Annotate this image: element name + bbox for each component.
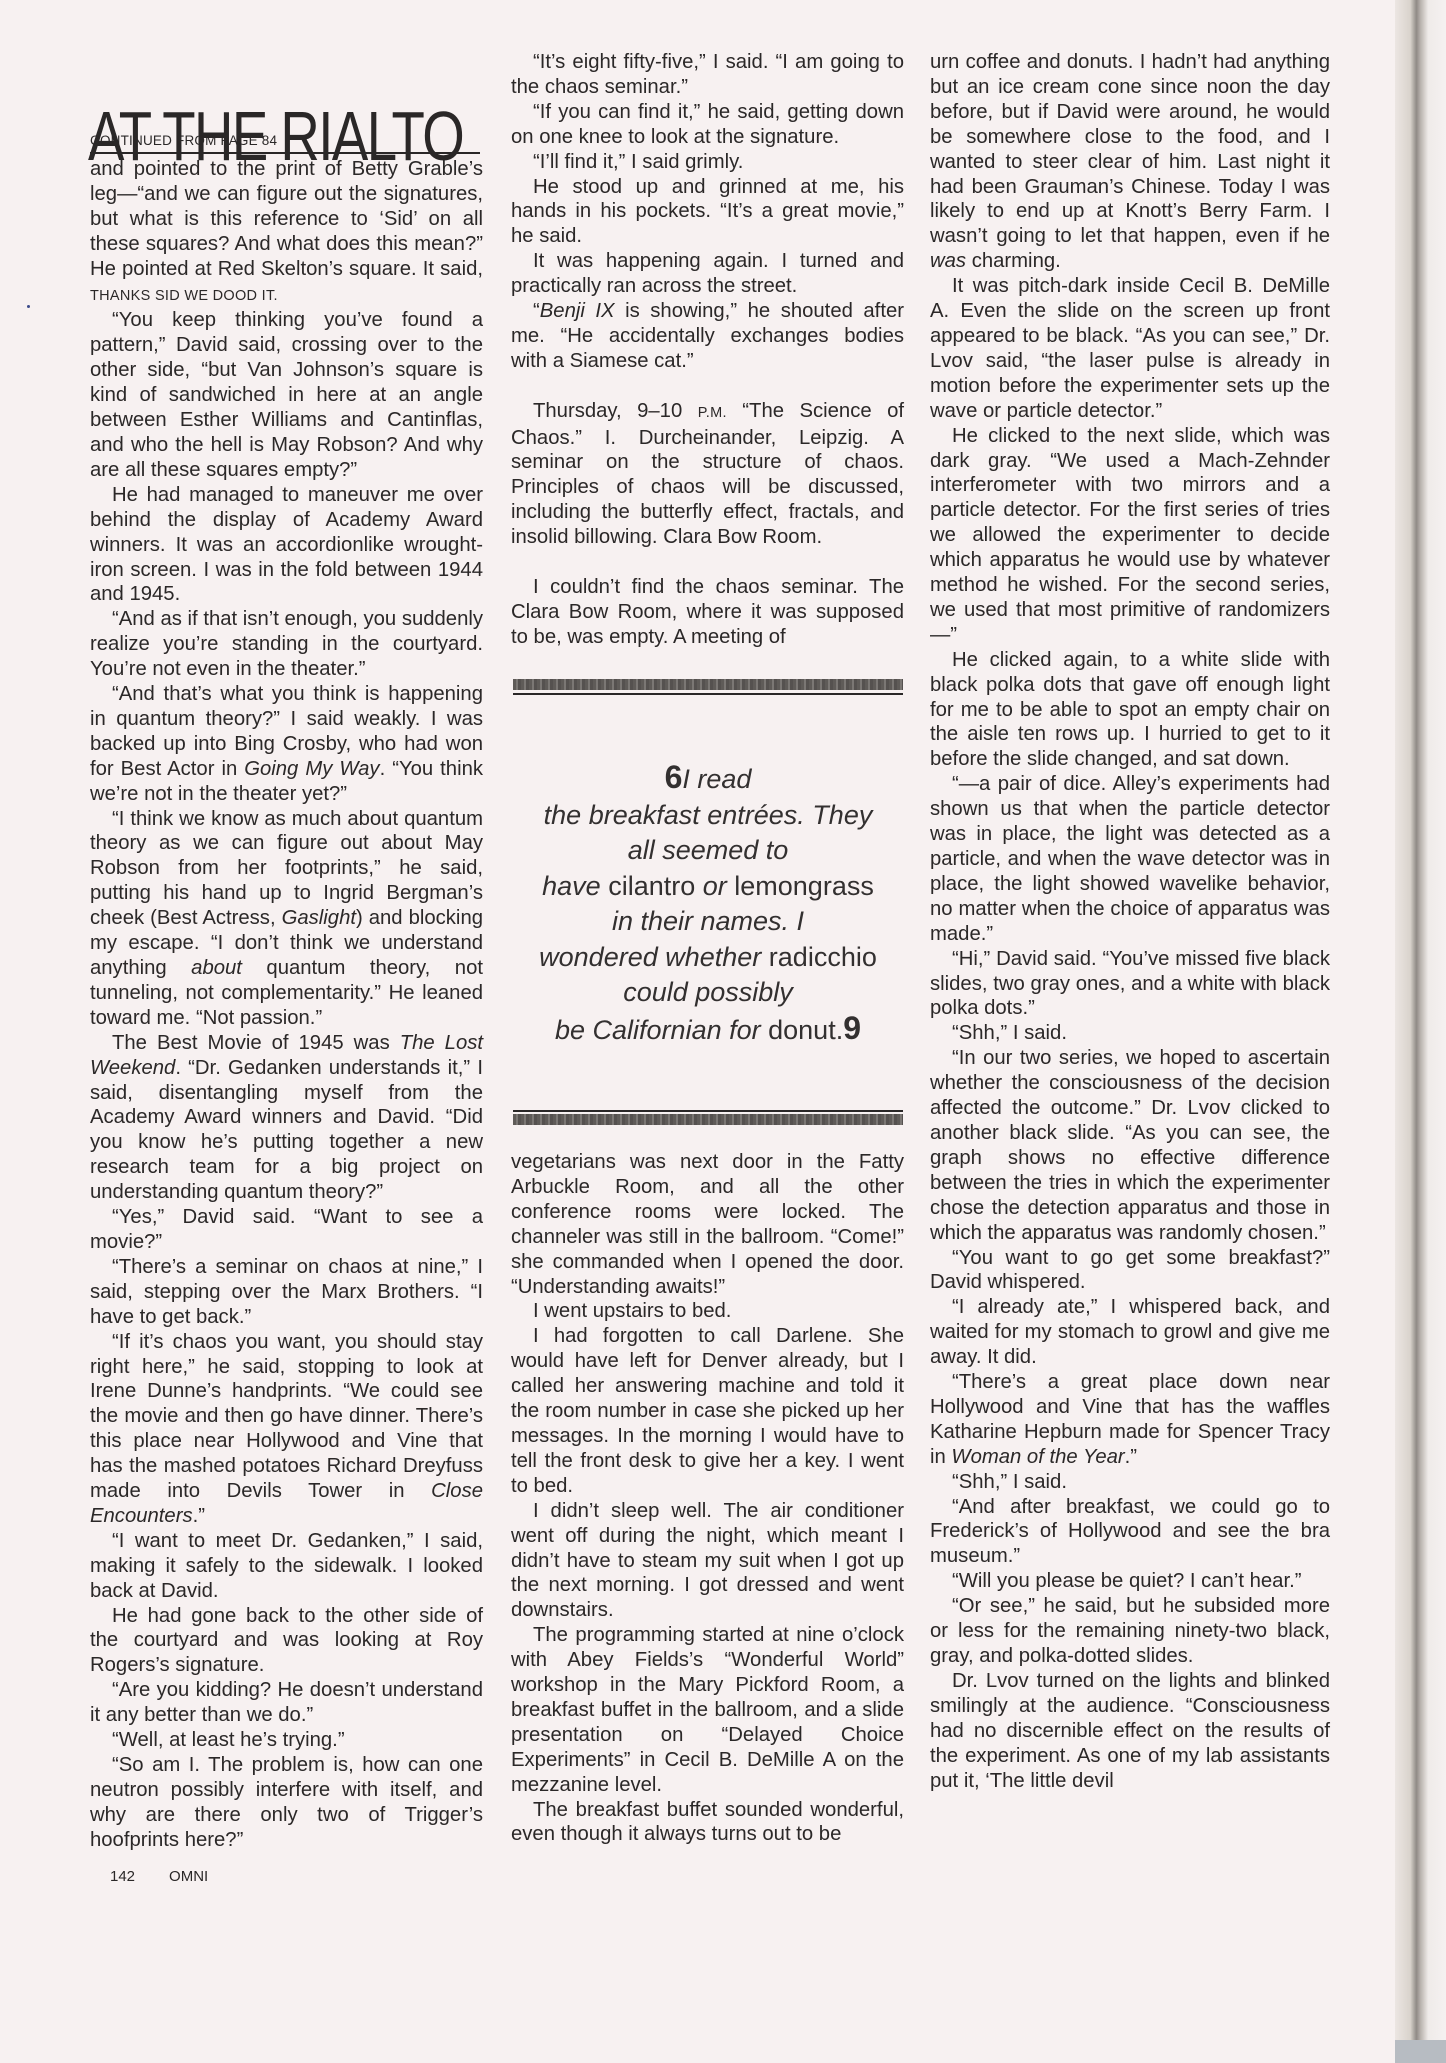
paragraph: I didn’t sleep well. The air conditioner… [511, 1499, 904, 1624]
paragraph: “Are you kidding? He doesn’t understand … [90, 1678, 483, 1728]
pullquote-bottom-bar [513, 1114, 903, 1125]
paragraph: He had managed to maneuver me over behin… [90, 483, 483, 608]
margin-speck [27, 305, 30, 308]
pullquote-bottom-rule [513, 1110, 903, 1112]
paragraph: The Best Movie of 1945 was The Lost Week… [90, 1031, 483, 1205]
paragraph: I went upstairs to bed. [511, 1299, 904, 1324]
paragraph: “There’s a great place down near Hollywo… [930, 1370, 1330, 1470]
column-1: and pointed to the print of Betty Grable… [90, 157, 483, 1853]
paragraph: urn coffee and donuts. I hadn’t had anyt… [930, 50, 1330, 274]
paragraph: “If you can find it,” he said, getting d… [511, 100, 904, 150]
paragraph: “I think we know as much about quantum t… [90, 807, 483, 1031]
paragraph: “You keep thinking you’ve found a patter… [90, 308, 483, 482]
page-number: 142 [110, 1868, 135, 1885]
continued-from-label: CONTINUED FROM PAGE 84 [90, 133, 277, 148]
page-folio: 142OMNI [110, 1868, 242, 1885]
paragraph: He stood up and grinned at me, his hands… [511, 175, 904, 250]
paragraph: “If it’s chaos you want, you should stay… [90, 1330, 483, 1529]
magazine-name: OMNI [169, 1868, 208, 1885]
page-gutter-shadow [1395, 0, 1446, 2063]
paragraph: “Or see,” he said, but he subsided more … [930, 1594, 1330, 1669]
pullquote-top-bar [513, 679, 903, 690]
column-2-lower: vegetarians was next door in the Fatty A… [511, 1150, 904, 1847]
paragraph: He clicked to the next slide, which was … [930, 424, 1330, 648]
paragraph: “Shh,” I said. [930, 1470, 1330, 1495]
paragraph: I couldn’t find the chaos seminar. The C… [511, 575, 904, 650]
paragraph: “Shh,” I said. [930, 1021, 1330, 1046]
paragraph: “Benji IX is showing,” he shouted after … [511, 299, 904, 374]
open-quote-icon: 6 [665, 759, 683, 795]
paragraph: “And that’s what you think is happening … [90, 682, 483, 807]
paragraph: “And as if that isn’t enough, you sudden… [90, 607, 483, 682]
paragraph: He had gone back to the other side of th… [90, 1604, 483, 1679]
paragraph: “I want to meet Dr. Gedanken,” I said, m… [90, 1529, 483, 1604]
paragraph: “You want to go get some breakfast?” Dav… [930, 1246, 1330, 1296]
title-rule [90, 152, 480, 154]
paragraph: I had forgotten to call Darlene. She wou… [511, 1324, 904, 1498]
paragraph: “Hi,” David said. “You’ve missed five bl… [930, 947, 1330, 1022]
paragraph: He clicked again, to a white slide with … [930, 648, 1330, 773]
column-3: urn coffee and donuts. I hadn’t had anyt… [930, 50, 1330, 1793]
paragraph: “Well, at least he’s trying.” [90, 1728, 483, 1753]
paragraph: and pointed to the print of Betty Grable… [90, 157, 483, 308]
paragraph: It was pitch-dark inside Cecil B. DeMill… [930, 274, 1330, 423]
paragraph: The programming started at nine o’clock … [511, 1623, 904, 1797]
paragraph: “I already ate,” I whispered back, and w… [930, 1295, 1330, 1370]
paragraph: vegetarians was next door in the Fatty A… [511, 1150, 904, 1299]
pull-quote: 6I read the breakfast entrées. They all … [513, 760, 903, 1048]
paragraph: “So am I. The problem is, how can one ne… [90, 1753, 483, 1853]
paragraph: It was happening again. I turned and pra… [511, 249, 904, 299]
close-quote-icon: 9 [843, 1010, 861, 1046]
paragraph: “It’s eight fifty-five,” I said. “I am g… [511, 50, 904, 100]
scanner-bed [1395, 2040, 1446, 2063]
schedule-entry: Thursday, 9–10 P.M. “The Science of Chao… [511, 399, 904, 550]
column-2-upper: “It’s eight fifty-five,” I said. “I am g… [511, 50, 904, 650]
pullquote-top-rule [513, 693, 903, 695]
paragraph: “There’s a seminar on chaos at nine,” I … [90, 1255, 483, 1330]
paragraph: Dr. Lvov turned on the lights and blinke… [930, 1669, 1330, 1794]
paragraph: “And after breakfast, we could go to Fre… [930, 1495, 1330, 1570]
paragraph: “In our two series, we hoped to ascertai… [930, 1046, 1330, 1245]
paragraph: “Will you please be quiet? I can’t hear.… [930, 1569, 1330, 1594]
paragraph: The breakfast buffet sounded wonderful, … [511, 1798, 904, 1848]
paragraph: “I’ll find it,” I said grimly. [511, 150, 904, 175]
paragraph: “—a pair of dice. Alley’s experiments ha… [930, 772, 1330, 946]
paragraph: “Yes,” David said. “Want to see a movie?… [90, 1205, 483, 1255]
